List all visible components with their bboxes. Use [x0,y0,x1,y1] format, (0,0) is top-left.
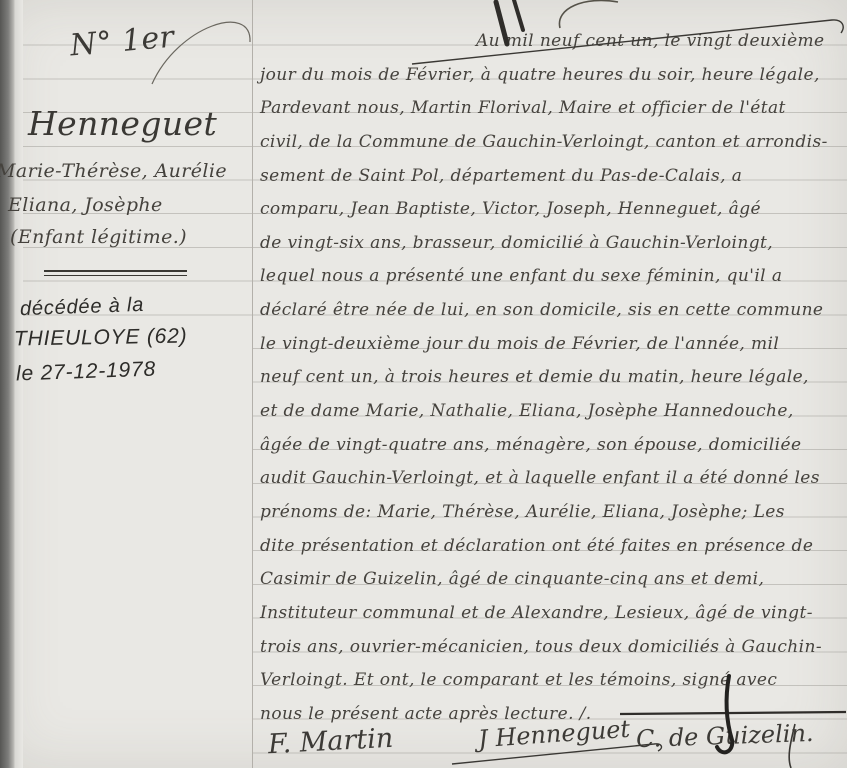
act-line: et de dame Marie, Nathalie, Eliana, Josè… [260,395,845,429]
act-line: Pardevant nous, Martin Florival, Maire e… [260,92,845,126]
act-line: neuf cent un, à trois heures et demie du… [260,361,845,395]
act-line: trois ans, ouvrier-mécanicien, tous deux… [260,631,845,665]
act-line: Casimir de Guizelin, âgé de cinquante-ci… [260,563,845,597]
margin-column-separator [252,0,253,768]
death-note-line2: THIEULOYE (62) [14,324,188,351]
act-body: Au mil neuf cent un, le vingt deuxième j… [260,25,845,731]
act-line: civil, de la Commune de Gauchin-Verloing… [260,126,845,160]
act-line: Instituteur communal et de Alexandre, Le… [260,597,845,631]
act-line: déclaré être née de lui, en son domicile… [260,294,845,328]
child-given-names-line2: Eliana, Josèphe [8,194,163,216]
act-line: âgée de vingt-quatre ans, ménagère, son … [260,429,845,463]
margin-divider-rule [44,270,187,276]
act-line: Verloingt. Et ont, le comparant et les t… [260,664,845,698]
act-line: prénoms de: Marie, Thérèse, Aurélie, Eli… [260,496,845,530]
act-line: sement de Saint Pol, département du Pas-… [260,160,845,194]
act-line: le vingt-deuxième jour du mois de Févrie… [260,328,845,362]
signature-officer: F. Martin [267,723,394,761]
page-binding-edge [0,0,15,768]
death-note-line1: décédée à la [20,294,145,321]
act-line: Au mil neuf cent un, le vingt deuxième [260,25,845,59]
act-line: comparu, Jean Baptiste, Victor, Joseph, … [260,193,845,227]
death-note-line3: le 27-12-1978 [16,358,157,387]
act-line: jour du mois de Février, à quatre heures… [260,59,845,93]
act-line: dite présentation et déclaration ont été… [260,530,845,564]
child-given-names-line1: Marie-Thérèse, Aurélie [0,160,227,182]
child-surname: Henneguet [28,104,217,143]
act-line: de vingt-six ans, brasseur, domicilié à … [260,227,845,261]
act-line: audit Gauchin-Verloingt, et à laquelle e… [260,462,845,496]
act-line: lequel nous a présenté une enfant du sex… [260,260,845,294]
register-page-scan: N° 1er Henneguet Marie-Thérèse, Aurélie … [0,0,847,768]
legitimacy-note: (Enfant légitime.) [10,226,187,248]
